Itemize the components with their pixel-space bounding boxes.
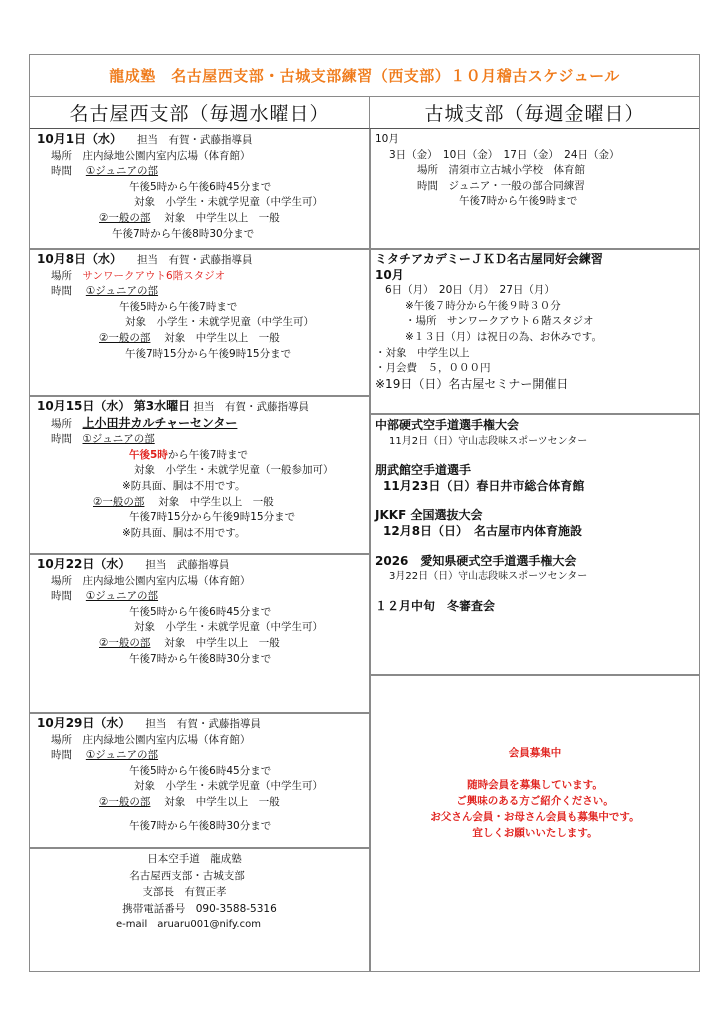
junior-target: 対象 小学生・未就学児童（中学生可） <box>37 195 369 211</box>
general-time: 午後7時から午後8時30分まで <box>37 652 369 668</box>
recruit-line: ご興味のある方ご紹介ください。 <box>371 793 699 809</box>
time-label: 時間 <box>51 590 72 602</box>
event-title: 2026 愛知県硬式空手道選手権大会 <box>375 554 699 570</box>
junior-time: から午後7時まで <box>168 449 248 461</box>
junior-label: ①ジュニアの部 <box>86 590 158 602</box>
general-time: 午後7時から午後8時30分まで <box>37 227 369 243</box>
junior-time: 午後5時から午後6時45分まで <box>37 605 369 621</box>
mitachi-title: ミタチアカデミーＪＫＤ名古屋同好会練習 <box>375 252 699 268</box>
kojo-month: 10月 <box>375 132 699 148</box>
header-kojo-branch: 古城支部（毎週金曜日） <box>370 97 699 129</box>
junior-time: 午後5時から午後7時まで <box>37 300 369 316</box>
contact-branches: 名古屋西支部・古城支部 <box>30 868 369 885</box>
junior-label: ①ジュニアの部 <box>83 433 155 445</box>
session-instructor: 担当 有賀・武藤指導員 <box>193 401 309 413</box>
mitachi-seminar: ※19日（日）名古屋セミナー開催日 <box>375 377 699 393</box>
place-label: 場所 <box>51 150 72 162</box>
contact-org: 日本空手道 龍成塾 <box>30 851 369 868</box>
junior-target: 対象 小学生・未就学児童（中学生可） <box>37 315 369 331</box>
junior-time: 午後5時から午後6時45分まで <box>37 764 369 780</box>
general-label: ②一般の部 <box>99 212 150 224</box>
junior-label: ①ジュニアの部 <box>86 285 158 297</box>
time-label: 時間 <box>51 285 72 297</box>
junior-time-highlight: 午後5時 <box>129 449 168 461</box>
session-oct-1: 10月1日（水） 担当 有賀・武藤指導員 場所 庄内緑地公園内室内広場（体育館）… <box>30 129 369 249</box>
junior-target: 対象 小学生・未就学児童（中学生可） <box>37 779 369 795</box>
junior-label: ①ジュニアの部 <box>86 165 158 177</box>
kojo-place: 場所 清須市立古城小学校 体育館 <box>375 163 699 179</box>
general-time: 午後7時15分から午後9時15分まで <box>37 510 369 526</box>
event-detail: 11月23日（日）春日井市総合体育館 <box>375 479 699 495</box>
recruit-line: 宜しくお願いいたします。 <box>371 825 699 841</box>
page-title: 龍成塾 名古屋西支部・古城支部練習（西支部）１０月稽古スケジュール <box>109 65 620 86</box>
event-detail: 11月2日（日）守山志段味スポーツセンター <box>375 434 699 450</box>
recruitment-notice: 会員募集中 随時会員を募集しています。 ご興味のある方ご紹介ください。 お父さん… <box>371 675 699 971</box>
place-label: 場所 <box>51 575 72 587</box>
mitachi-place: ・場所 サンワークアウト６階スタジオ <box>375 314 699 330</box>
contact-phone: 携帯電話番号 090-3588-5316 <box>30 901 369 918</box>
general-target: 対象 中学生以上 一般 <box>164 212 280 224</box>
time-label: 時間 <box>51 433 72 445</box>
junior-target: 対象 小学生・未就学児童（一般参加可） <box>37 463 369 479</box>
session-oct-8: 10月8日（水） 担当 有賀・武藤指導員 場所 サンワークアウト6階スタジオ 時… <box>30 249 369 396</box>
general-label: ②一般の部 <box>99 332 150 344</box>
session-extra-note: 第3水曜日 <box>134 399 190 413</box>
session-instructor: 担当 武藤指導員 <box>145 559 229 571</box>
recruit-heading: 会員募集中 <box>371 745 699 761</box>
mitachi-dates: 6日（月） 20日（月） 27日（月） <box>375 283 699 299</box>
contact-block: 日本空手道 龍成塾 名古屋西支部・古城支部 支部長 有賀正孝 携帯電話番号 09… <box>30 848 369 971</box>
session-place: 庄内緑地公園内室内広場（体育館） <box>83 734 251 746</box>
event-item: JKKF 全国選抜大会 12月8日（日） 名古屋市内体育施設 <box>375 508 699 539</box>
recruit-line: 随時会員を募集しています。 <box>371 777 699 793</box>
recruit-line: お父さん会員・お母さん会員も募集中です。 <box>371 809 699 825</box>
mitachi-time: ※午後７時分から午後９時３０分 <box>375 299 699 315</box>
session-date: 10月15日（水） <box>37 399 130 413</box>
general-label: ②一般の部 <box>99 796 150 808</box>
session-date: 10月22日（水） <box>37 557 124 571</box>
place-label: 場所 <box>51 418 72 430</box>
general-target: 対象 中学生以上 一般 <box>158 496 274 508</box>
mitachi-schedule: ミタチアカデミーＪＫＤ名古屋同好会練習 10月 6日（月） 20日（月） 27日… <box>371 249 699 414</box>
event-title: JKKF 全国選抜大会 <box>375 508 699 524</box>
mitachi-target: ・対象 中学生以上 <box>375 346 699 362</box>
general-note: ※防具面、胴は不用です。 <box>37 526 369 542</box>
kojo-schedule: 10月 3日（金） 10日（金） 17日（金） 24日（金） 場所 清須市立古城… <box>371 129 699 249</box>
kojo-time: 時間 ジュニア・一般の部合同練習 <box>375 179 699 195</box>
session-instructor: 担当 有賀・武藤指導員 <box>137 134 253 146</box>
junior-target: 対象 小学生・未就学児童（中学生可） <box>37 620 369 636</box>
session-oct-15: 10月15日（水） 第3水曜日 担当 有賀・武藤指導員 場所 上小田井カルチャー… <box>30 396 369 554</box>
events-list: 中部硬式空手道選手権大会 11月2日（日）守山志段味スポーツセンター 朋武館空手… <box>371 414 699 674</box>
session-date: 10月1日（水） <box>37 132 116 146</box>
time-label: 時間 <box>51 165 72 177</box>
general-time: 午後7時から午後8時30分まで <box>37 819 369 835</box>
junior-note: ※防具面、胴は不用です。 <box>37 479 369 495</box>
event-title: 中部硬式空手道選手権大会 <box>375 418 699 434</box>
session-place: 庄内緑地公園内室内広場（体育館） <box>83 150 251 162</box>
session-place: 上小田井カルチャーセンター <box>83 416 238 430</box>
general-target: 対象 中学生以上 一般 <box>164 332 280 344</box>
event-item: 朋武館空手道選手 11月23日（日）春日井市総合体育館 <box>375 463 699 494</box>
schedule-sheet: 龍成塾 名古屋西支部・古城支部練習（西支部）１０月稽古スケジュール 名古屋西支部… <box>29 54 700 972</box>
contact-email: e-mail aruaru001@nify.com <box>30 917 369 934</box>
time-label: 時間 <box>51 749 72 761</box>
header-nishi-branch: 名古屋西支部（毎週水曜日） <box>30 97 370 129</box>
title-row: 龍成塾 名古屋西支部・古城支部練習（西支部）１０月稽古スケジュール <box>30 55 699 97</box>
session-oct-29: 10月29日（水） 担当 有賀・武藤指導員 場所 庄内緑地公園内室内広場（体育館… <box>30 713 369 848</box>
event-detail: 12月8日（日） 名古屋市内体育施設 <box>375 524 699 540</box>
general-label: ②一般の部 <box>93 496 144 508</box>
mitachi-holiday: ※１３日（月）は祝日の為、お休みです。 <box>375 330 699 346</box>
kojo-dates: 3日（金） 10日（金） 17日（金） 24日（金） <box>375 148 699 164</box>
general-time: 午後7時15分から午後9時15分まで <box>37 347 369 363</box>
event-item: 中部硬式空手道選手権大会 11月2日（日）守山志段味スポーツセンター <box>375 418 699 449</box>
session-date: 10月8日（水） <box>37 252 116 266</box>
mitachi-fee: ・月会費 ５，０００円 <box>375 361 699 377</box>
contact-head: 支部長 有賀正孝 <box>30 884 369 901</box>
kojo-hours: 午後7時から午後9時まで <box>375 194 699 210</box>
event-item: 2026 愛知県硬式空手道選手権大会 3月22日（日）守山志段味スポーツセンター <box>375 554 699 585</box>
place-label: 場所 <box>51 270 72 282</box>
general-target: 対象 中学生以上 一般 <box>164 637 280 649</box>
event-detail: 3月22日（日）守山志段味スポーツセンター <box>375 569 699 585</box>
general-label: ②一般の部 <box>99 637 150 649</box>
event-title: １２月中旬 冬審査会 <box>375 599 699 615</box>
junior-label: ①ジュニアの部 <box>86 749 158 761</box>
session-oct-22: 10月22日（水） 担当 武藤指導員 場所 庄内緑地公園内室内広場（体育館） 時… <box>30 554 369 713</box>
session-date: 10月29日（水） <box>37 716 124 730</box>
event-item: １２月中旬 冬審査会 <box>375 599 699 615</box>
mitachi-month: 10月 <box>375 268 699 284</box>
session-place: サンワークアウト6階スタジオ <box>83 270 226 282</box>
general-target: 対象 中学生以上 一般 <box>164 796 280 808</box>
session-instructor: 担当 有賀・武藤指導員 <box>137 254 253 266</box>
session-place: 庄内緑地公園内室内広場（体育館） <box>83 575 251 587</box>
session-instructor: 担当 有賀・武藤指導員 <box>145 718 261 730</box>
junior-time: 午後5時から午後6時45分まで <box>37 180 369 196</box>
event-title: 朋武館空手道選手 <box>375 463 699 479</box>
place-label: 場所 <box>51 734 72 746</box>
